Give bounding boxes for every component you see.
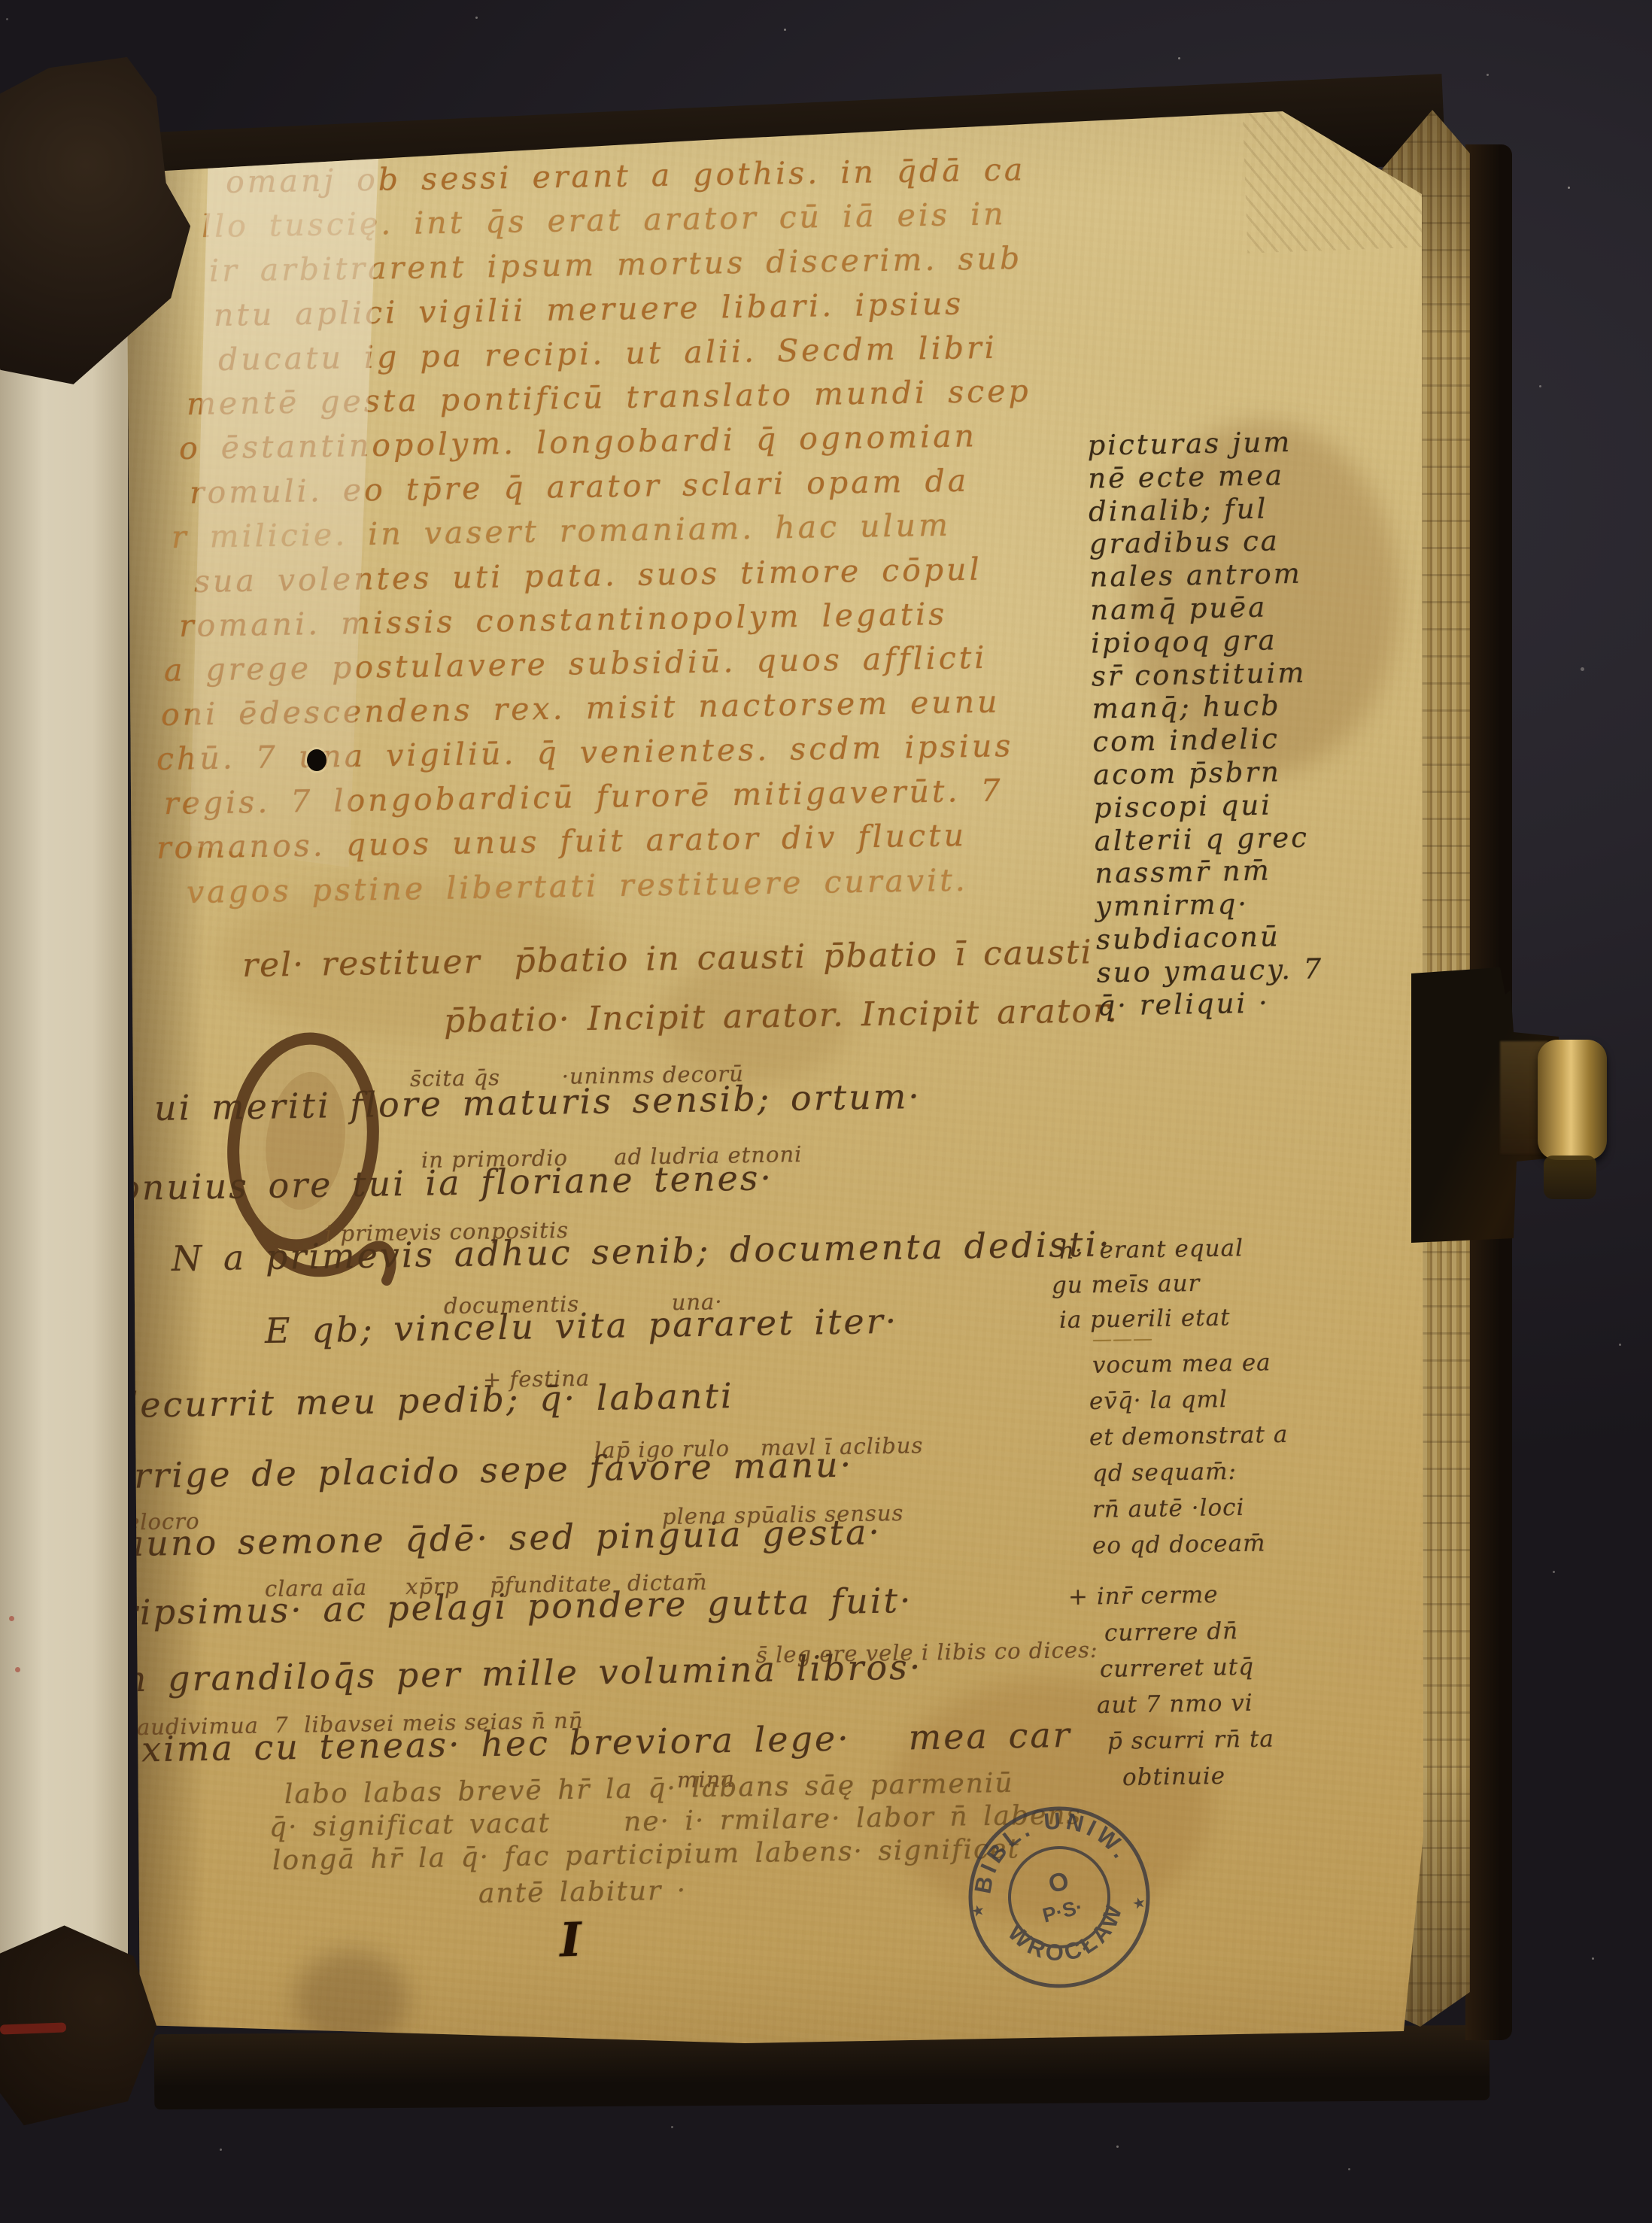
- red-speck: [15, 1667, 20, 1672]
- margin-line: subdiaconū: [1096, 919, 1323, 956]
- margin-addition-line: p̄ scurri rn̄ ta: [1107, 1728, 1274, 1754]
- margin-line: dinalib; ful: [1089, 491, 1316, 528]
- stamp-center-top: O: [1046, 1866, 1072, 1899]
- clasp-brass-tip: [1544, 1156, 1596, 1199]
- margin-line: suo ymaucy. 7: [1096, 952, 1323, 989]
- manuscript-photo: omanj ob sessi erant a gothis. in q̄dā c…: [0, 0, 1652, 2223]
- margin-line: nales antrom: [1089, 557, 1316, 594]
- clasp-brass-roll: [1538, 1040, 1607, 1160]
- margin-line: sr̄ constituim: [1091, 656, 1318, 693]
- margin-addition-line: rn̄ autē ·loci: [1092, 1496, 1245, 1522]
- margin-addition-line: currere dn̄: [1104, 1620, 1239, 1645]
- margin-line: manq̄; hucb: [1092, 689, 1319, 726]
- margin-line: ymnirmq·: [1095, 886, 1323, 923]
- margin-addition-line: aut 7 nmo vi: [1097, 1692, 1253, 1717]
- repair-tissue: [190, 141, 379, 867]
- margin-addition-line: eo qd doceam̄: [1092, 1532, 1266, 1558]
- margin-line: acom p̄sbrn: [1093, 755, 1320, 791]
- margin-line: namq̄ puēa: [1090, 590, 1317, 627]
- brass-clasp: [1411, 967, 1608, 1247]
- margin-line: alterii q grec: [1094, 821, 1321, 858]
- facing-page-edge: [0, 217, 128, 2043]
- red-speck: [9, 1616, 14, 1621]
- stamp-top-text: BIBL. UNIW.: [955, 1789, 1138, 1901]
- margin-line: com indelic: [1092, 722, 1319, 759]
- parchment-page: omanj ob sessi erant a gothis. in q̄dā c…: [0, 0, 1652, 2223]
- margin-addition-line: vocum mea ea: [1092, 1351, 1271, 1377]
- margin-addition-line: ———: [1092, 1329, 1153, 1350]
- margin-line: nassmr̄ nm̄: [1095, 854, 1322, 891]
- margin-line: piscopi qui: [1094, 788, 1321, 825]
- margin-addition-line: curreret utq̄: [1100, 1656, 1255, 1681]
- stamp-center-bottom: P·S·: [1040, 1895, 1086, 1927]
- margin-addition-line: gu meīs aur: [1052, 1272, 1201, 1298]
- margin-line: gradibus ca: [1089, 524, 1316, 561]
- margin-addition-line: qd sequam̄:: [1092, 1460, 1237, 1486]
- margin-addition-line: et demonstrat a: [1089, 1423, 1289, 1450]
- verse-line: A decurrit meu pedib; q̄· labanti: [69, 1378, 734, 1423]
- margin-line: picturas jum: [1087, 425, 1314, 462]
- margin-addition-line: ev̄q̄· la qml: [1089, 1388, 1228, 1414]
- margin-addition-line: h· erant equal: [1059, 1237, 1244, 1263]
- margin-line: q̄· reliqui ·: [1097, 985, 1324, 1022]
- page-number: I: [559, 1917, 582, 1964]
- margin-addition-line: + inr̄ cerme: [1068, 1584, 1219, 1609]
- stamp-star-icon: ★: [1130, 1893, 1147, 1914]
- svg-text:BIBL. UNIW.: BIBL. UNIW.: [955, 1789, 1138, 1901]
- verse-line: E qb; vincelu vita pararet iter·: [265, 1304, 899, 1348]
- note-line: antē labitur ·: [478, 1878, 688, 1908]
- margin-line: ipioqoq gra: [1091, 623, 1318, 660]
- margin-line: nē ecte mea: [1088, 458, 1315, 495]
- parchment-hole: [307, 749, 326, 771]
- verse-line: onuius ore tui ia floriane tenes·: [119, 1160, 774, 1205]
- right-margin-column: picturas jumnē ecte meadinalib; fulgradi…: [1087, 425, 1324, 1022]
